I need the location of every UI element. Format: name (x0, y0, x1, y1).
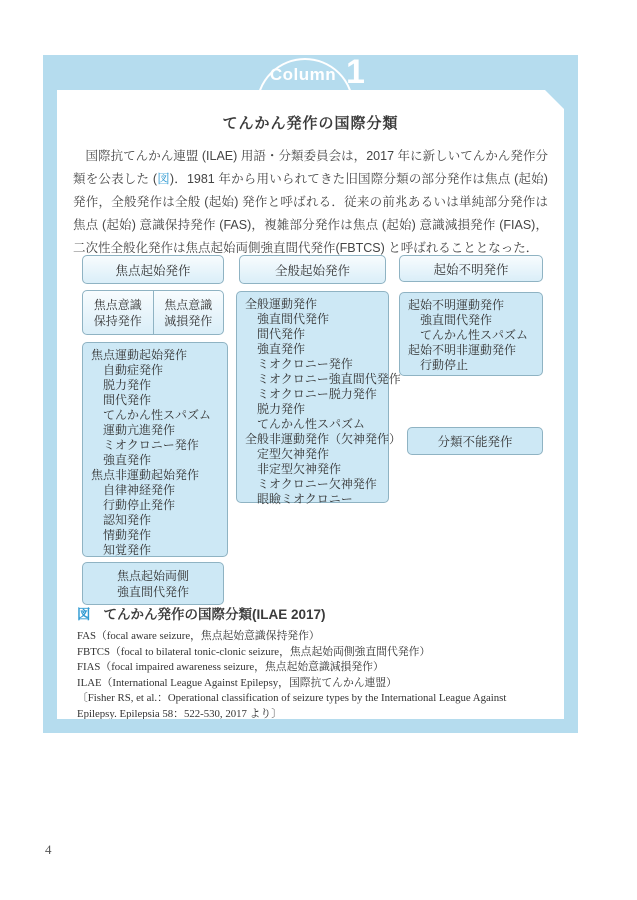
list-item: ミオクロニー欠神発作 (245, 477, 380, 492)
unknown-nonmotor-group-header: 起始不明非運動発作 (408, 343, 534, 358)
list-item: てんかん性スパズム (245, 417, 380, 432)
figure-label: 図 (77, 603, 91, 623)
figure-reference-link: 図 (157, 172, 170, 186)
focal-aware-line2: 保持発作 (83, 313, 153, 329)
generalized-onset-header-box: 全般起始発作 (239, 255, 386, 284)
list-item: 運動亢進発作 (91, 423, 219, 438)
list-item: 自律神経発作 (91, 483, 219, 498)
unknown-onset-header-box: 起始不明発作 (399, 255, 543, 282)
focal-onset-header-box: 焦点起始発作 (82, 255, 224, 284)
unknown-list-box: 起始不明運動発作 強直間代発作 てんかん性スパズム 起始不明非運動発作 行動停止 (399, 292, 543, 376)
citation: 〔Fisher RS, et al.：Operational classific… (77, 691, 546, 722)
list-item: 間代発作 (91, 393, 219, 408)
focal-impaired-line2: 減損発作 (154, 313, 224, 329)
list-item: 自動症発作 (91, 363, 219, 378)
figure-caption-area: 図 てんかん発作の国際分類(ILAE 2017) FAS（focal aware… (77, 603, 546, 722)
focal-bilateral-line2: 強直間代発作 (117, 584, 189, 600)
column-badge-number: 1 (346, 53, 365, 92)
focal-list-box: 焦点運動起始発作 自動症発作 脱力発作 間代発作 てんかん性スパズム 運動亢進発… (82, 342, 228, 557)
focal-impaired-line1: 焦点意識 (154, 297, 224, 313)
list-item: 定型欠神発作 (245, 447, 380, 462)
column-card: てんかん発作の国際分類 国際抗てんかん連盟 (ILAE) 用語・分類委員会は，2… (57, 90, 564, 719)
column-badge-label: Column (258, 65, 348, 85)
list-item: 眼瞼ミオクロニー (245, 492, 380, 507)
focal-impaired-cell: 焦点意識 減損発作 (154, 291, 224, 334)
page-title: てんかん発作の国際分類 (57, 112, 564, 133)
list-item: 強直間代発作 (408, 313, 534, 328)
abbreviation-item: FAS（focal aware seizure，焦点起始意識保持発作） (77, 629, 546, 645)
column-panel: Column 1 てんかん発作の国際分類 国際抗てんかん連盟 (ILAE) 用語… (43, 55, 578, 733)
list-item: 非定型欠神発作 (245, 462, 380, 477)
list-item: 強直間代発作 (245, 312, 380, 327)
list-item: ミオクロニー脱力発作 (245, 387, 380, 402)
list-item: 脱力発作 (245, 402, 380, 417)
list-item: ミオクロニー発作 (245, 357, 380, 372)
body-paragraph: 国際抗てんかん連盟 (ILAE) 用語・分類委員会は，2017 年に新しいてんか… (73, 145, 548, 260)
focal-bilateral-box: 焦点起始両側 強直間代発作 (82, 562, 224, 605)
abbreviation-item: FBTCS（focal to bilateral tonic-clonic se… (77, 645, 546, 661)
abbreviation-item: ILAE（International League Against Epilep… (77, 676, 546, 692)
generalized-motor-group-header: 全般運動発作 (245, 297, 380, 312)
list-item: 行動停止発作 (91, 498, 219, 513)
focal-motor-group-header: 焦点運動起始発作 (91, 348, 219, 363)
list-item: ミオクロニー発作 (91, 438, 219, 453)
list-item: 脱力発作 (91, 378, 219, 393)
focal-bilateral-line1: 焦点起始両側 (117, 568, 189, 584)
unknown-motor-group-header: 起始不明運動発作 (408, 298, 534, 313)
list-item: てんかん性スパズム (408, 328, 534, 343)
list-item: ミオクロニー強直間代発作 (245, 372, 380, 387)
abbreviation-list: FAS（focal aware seizure，焦点起始意識保持発作） FBTC… (77, 629, 546, 722)
focal-aware-line1: 焦点意識 (83, 297, 153, 313)
list-item: 行動停止 (408, 358, 534, 373)
figure-caption: 図 てんかん発作の国際分類(ILAE 2017) (77, 603, 546, 623)
focal-nonmotor-group-header: 焦点非運動起始発作 (91, 468, 219, 483)
page-number: 4 (45, 842, 52, 858)
list-item: 認知発作 (91, 513, 219, 528)
list-item: 強直発作 (245, 342, 380, 357)
generalized-nonmotor-group-header: 全般非運動発作（欠神発作） (245, 432, 380, 447)
list-item: 間代発作 (245, 327, 380, 342)
generalized-list-box: 全般運動発作 強直間代発作 間代発作 強直発作 ミオクロニー発作 ミオクロニー強… (236, 291, 389, 503)
list-item: 情動発作 (91, 528, 219, 543)
focal-awareness-split-box: 焦点意識 保持発作 焦点意識 減損発作 (82, 290, 224, 335)
list-item: 知覚発作 (91, 543, 219, 558)
focal-aware-cell: 焦点意識 保持発作 (83, 291, 154, 334)
list-item: 強直発作 (91, 453, 219, 468)
unclassified-box: 分類不能発作 (407, 427, 543, 455)
classification-diagram: 焦点起始発作 焦点意識 保持発作 焦点意識 減損発作 焦点運動起始発作 自動症発… (57, 250, 564, 605)
abbreviation-item: FIAS（focal impaired awareness seizure，焦点… (77, 660, 546, 676)
list-item: てんかん性スパズム (91, 408, 219, 423)
figure-caption-title: てんかん発作の国際分類(ILAE 2017) (104, 603, 326, 623)
